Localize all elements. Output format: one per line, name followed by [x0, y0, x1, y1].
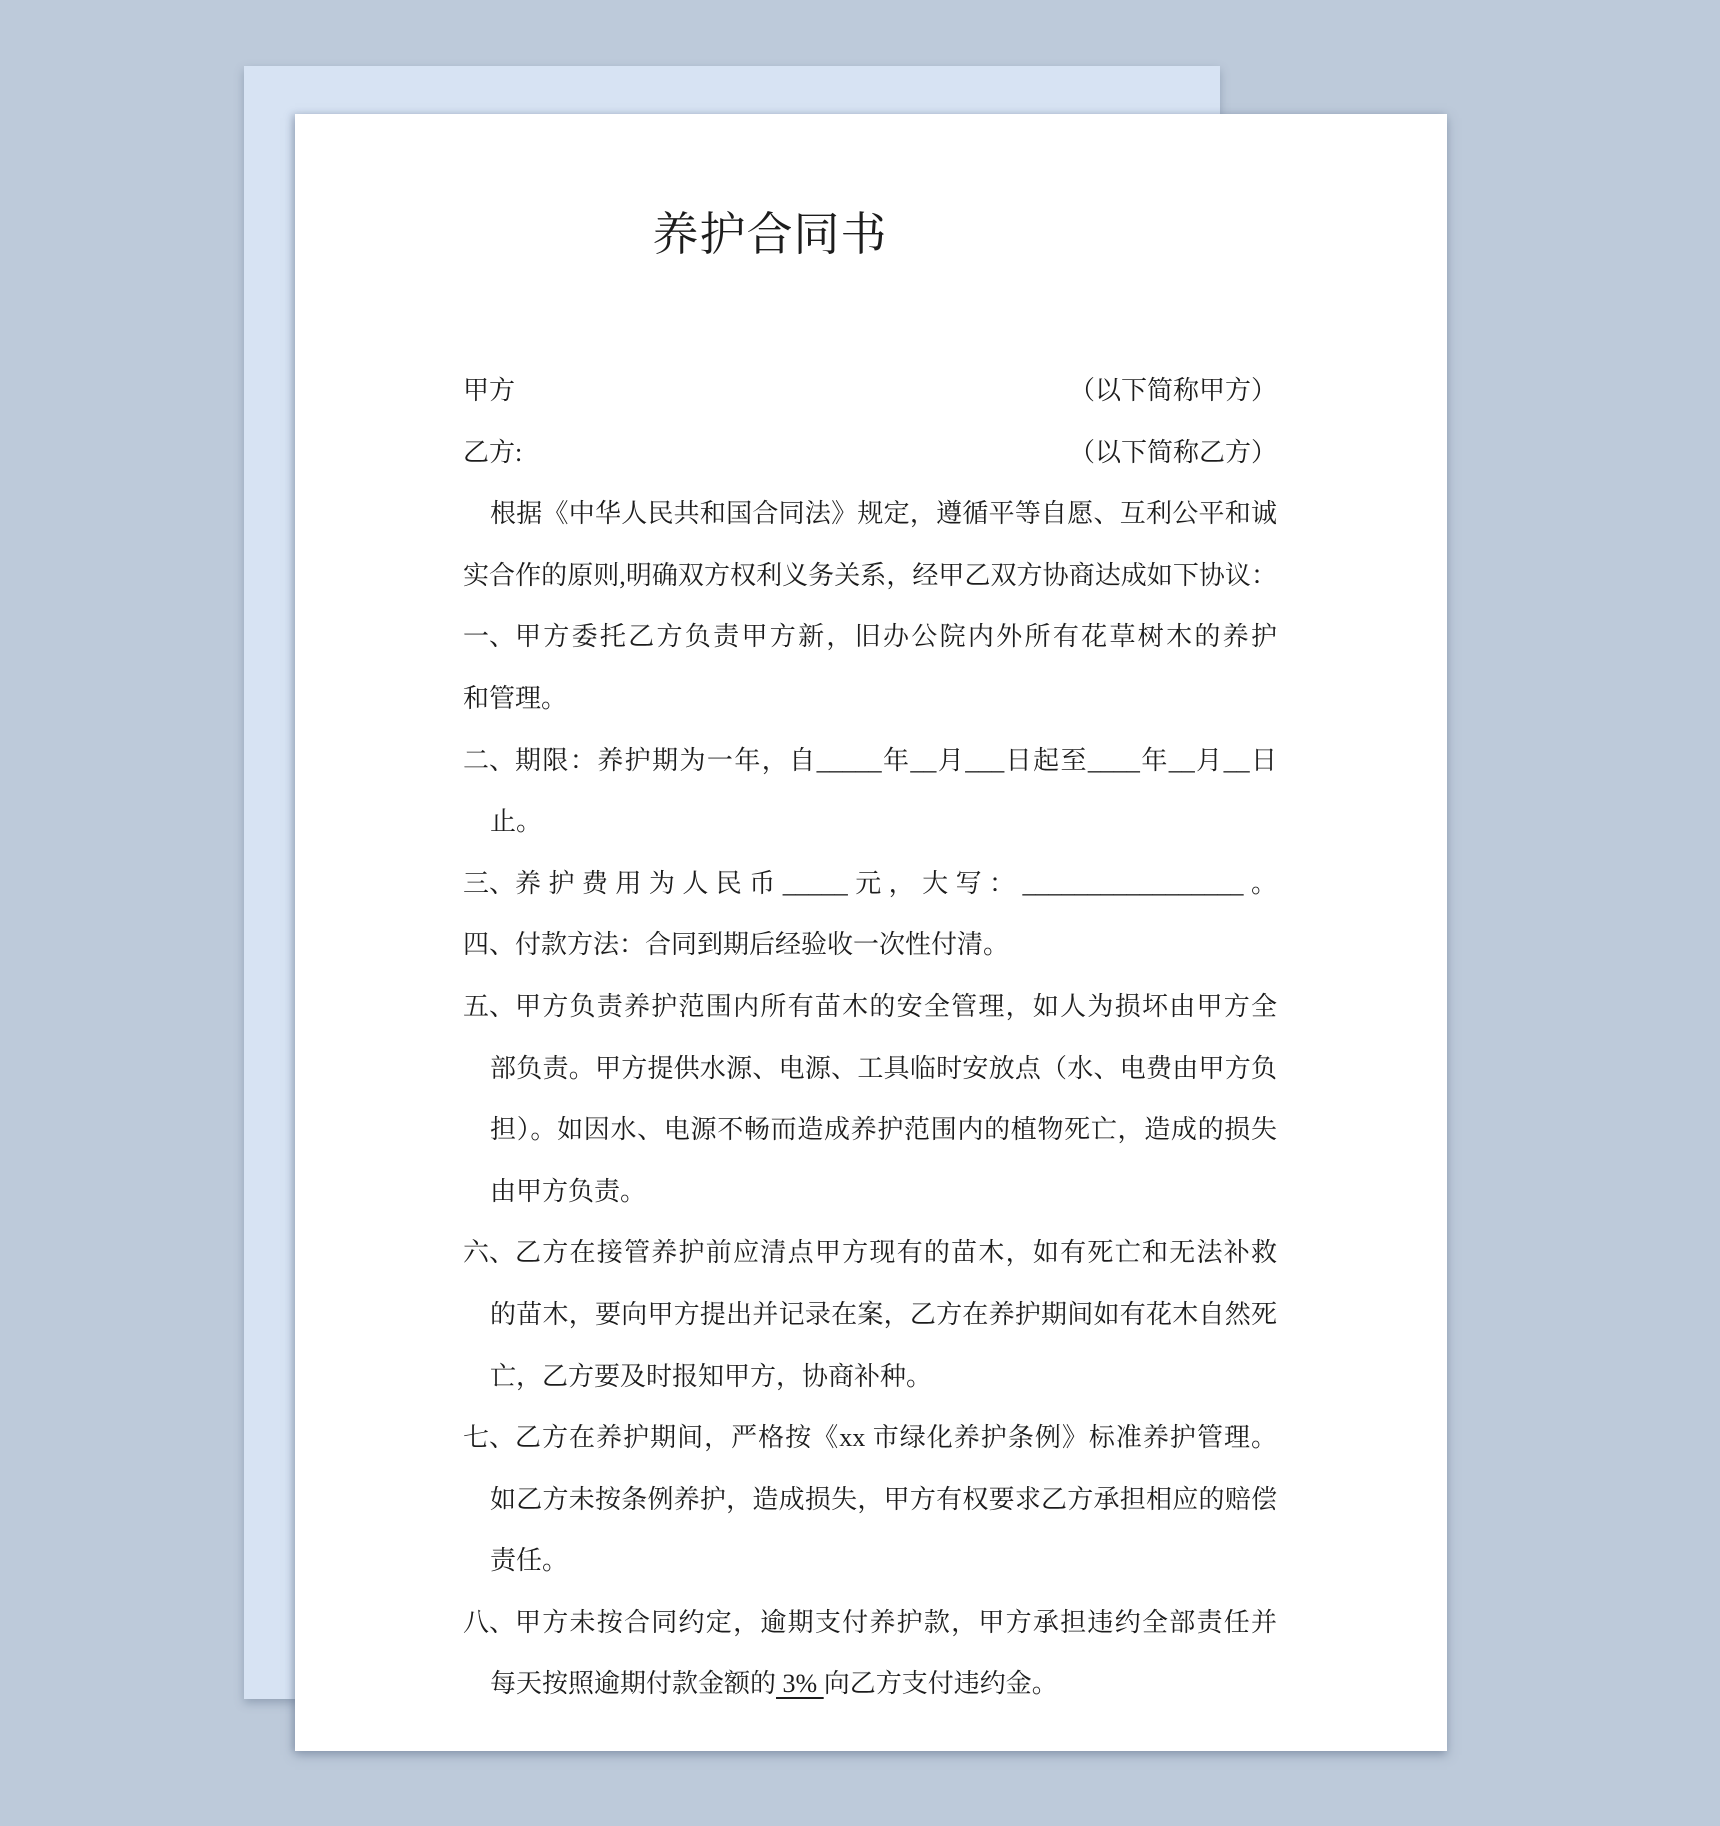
- clause-text-segment: 每天按照逾期付款金额的: [490, 1669, 776, 1698]
- clause-text: 甲方未按合同约定，逾期支付养护款，甲方承担违约全部责任并: [515, 1592, 1277, 1654]
- clause-text: 期限：养护期为一年，自_____年__月___日起至____年__月__日: [515, 730, 1277, 792]
- contract-line: 八、甲方未按合同约定，逾期支付养护款，甲方承担违约全部责任并: [463, 1592, 1277, 1654]
- contract-line: 如乙方未按条例养护，造成损失，甲方有权要求乙方承担相应的赔偿: [463, 1469, 1277, 1531]
- clause-number: 七、: [463, 1407, 515, 1469]
- contract-line: 部负责。甲方提供水源、电源、工具临时安放点（水、电费由甲方负: [463, 1038, 1277, 1100]
- contract-line: 每天按照逾期付款金额的 3% 向乙方支付违约金。: [463, 1653, 1277, 1715]
- clause-text: 乙方在养护期间，严格按《xx 市绿化养护条例》标准养护管理。: [515, 1407, 1277, 1469]
- clause-text: 甲方委托乙方负责甲方新，旧办公院内外所有花草树木的养护: [515, 606, 1277, 668]
- clause-text: 和管理。: [463, 668, 1277, 730]
- clause-text: 根据《中华人民共和国合同法》规定，遵循平等自愿、互利公平和诚: [490, 483, 1277, 545]
- party-label: 乙方:: [463, 422, 522, 484]
- clause-text: 由甲方负责。: [490, 1161, 1277, 1223]
- clause-text: 养护费用为人民币_____元，大写：_________________。: [515, 853, 1277, 915]
- contract-page: 养护合同书 甲方（以下简称甲方）乙方:（以下简称乙方）根据《中华人民共和国合同法…: [295, 114, 1447, 1751]
- contract-line: 由甲方负责。: [463, 1161, 1277, 1223]
- contract-line: 的苗木，要向甲方提出并记录在案，乙方在养护期间如有花木自然死: [463, 1284, 1277, 1346]
- clause-number: 八、: [463, 1592, 515, 1654]
- party-alias: （以下简称甲方）: [1069, 360, 1277, 422]
- clause-text-segment: 向乙方支付违约金。: [824, 1669, 1058, 1698]
- clause-number: 一、: [463, 606, 515, 668]
- document-title: 养护合同书: [463, 207, 1277, 263]
- contract-line: 亡，乙方要及时报知甲方，协商补种。: [463, 1346, 1277, 1408]
- clause-text: 部负责。甲方提供水源、电源、工具临时安放点（水、电费由甲方负: [490, 1038, 1277, 1100]
- document-body: 甲方（以下简称甲方）乙方:（以下简称乙方）根据《中华人民共和国合同法》规定，遵循…: [463, 360, 1277, 1715]
- contract-line: 三、养护费用为人民币_____元，大写：_________________。: [463, 853, 1277, 915]
- contract-line: 责任。: [463, 1530, 1277, 1592]
- contract-line: 二、期限：养护期为一年，自_____年__月___日起至____年__月__日: [463, 730, 1277, 792]
- clause-text: 甲方负责养护范围内所有苗木的安全管理，如人为损坏由甲方全: [515, 976, 1277, 1038]
- party-label: 甲方: [463, 360, 515, 422]
- clause-text: 每天按照逾期付款金额的 3% 向乙方支付违约金。: [490, 1653, 1277, 1715]
- contract-line: 四、付款方法：合同到期后经验收一次性付清。: [463, 914, 1277, 976]
- clause-text: 实合作的原则,明确双方权利义务关系，经甲乙双方协商达成如下协议：: [463, 545, 1277, 607]
- contract-line: 一、甲方委托乙方负责甲方新，旧办公院内外所有花草树木的养护: [463, 606, 1277, 668]
- contract-line: 根据《中华人民共和国合同法》规定，遵循平等自愿、互利公平和诚: [463, 483, 1277, 545]
- clause-number: 三、: [463, 853, 515, 915]
- clause-text: 的苗木，要向甲方提出并记录在案，乙方在养护期间如有花木自然死: [490, 1284, 1277, 1346]
- clause-text: 乙方在接管养护前应清点甲方现有的苗木，如有死亡和无法补救: [515, 1222, 1277, 1284]
- contract-line: 甲方（以下简称甲方）: [463, 360, 1277, 422]
- contract-line: 止。: [463, 791, 1277, 853]
- clause-text: 责任。: [490, 1530, 1277, 1592]
- clause-number: 四、: [463, 914, 515, 976]
- contract-line: 六、乙方在接管养护前应清点甲方现有的苗木，如有死亡和无法补救: [463, 1222, 1277, 1284]
- underlined-value: 3%: [776, 1669, 824, 1698]
- party-alias: （以下简称乙方）: [1069, 422, 1277, 484]
- clause-text: 付款方法：合同到期后经验收一次性付清。: [515, 914, 1277, 976]
- clause-number: 五、: [463, 976, 515, 1038]
- clause-text: 担）。如因水、电源不畅而造成养护范围内的植物死亡，造成的损失: [490, 1099, 1277, 1161]
- clause-number: 二、: [463, 730, 515, 792]
- clause-text: 如乙方未按条例养护，造成损失，甲方有权要求乙方承担相应的赔偿: [490, 1469, 1277, 1531]
- clause-number: 六、: [463, 1222, 515, 1284]
- clause-text: 亡，乙方要及时报知甲方，协商补种。: [490, 1346, 1277, 1408]
- contract-line: 乙方:（以下简称乙方）: [463, 422, 1277, 484]
- contract-line: 实合作的原则,明确双方权利义务关系，经甲乙双方协商达成如下协议：: [463, 545, 1277, 607]
- contract-line: 五、甲方负责养护范围内所有苗木的安全管理，如人为损坏由甲方全: [463, 976, 1277, 1038]
- clause-text: 止。: [490, 791, 1277, 853]
- contract-line: 七、乙方在养护期间，严格按《xx 市绿化养护条例》标准养护管理。: [463, 1407, 1277, 1469]
- contract-line: 和管理。: [463, 668, 1277, 730]
- contract-line: 担）。如因水、电源不畅而造成养护范围内的植物死亡，造成的损失: [463, 1099, 1277, 1161]
- page-content: 养护合同书 甲方（以下简称甲方）乙方:（以下简称乙方）根据《中华人民共和国合同法…: [463, 114, 1277, 1751]
